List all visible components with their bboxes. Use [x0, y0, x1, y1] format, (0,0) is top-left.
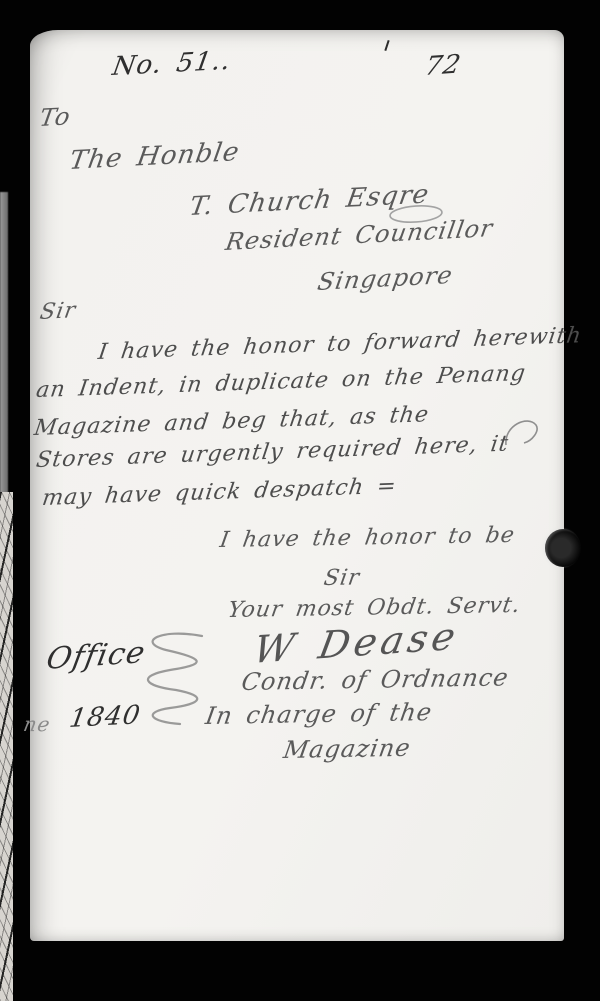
folio-number: 72: [423, 50, 464, 82]
closing-line-3: Your most Obdt. Servt.: [226, 593, 522, 623]
signature-title-1: Condr. of Ordnance: [240, 663, 511, 696]
closing-line-2: Sir: [322, 565, 362, 591]
adjacent-page-edge-top: [0, 192, 8, 502]
adjacent-page-edge-scribbles: [0, 492, 13, 1001]
closing-line-1: I have the honor to be: [218, 523, 517, 553]
signature-title-3: Magazine: [282, 734, 413, 764]
letter-number: No. 51..: [110, 46, 233, 82]
margin-date-partial: ne: [22, 712, 53, 736]
flourish-spiral: [130, 628, 210, 732]
salutation: Sir: [38, 298, 78, 325]
margin-date-year: 1840: [67, 700, 143, 734]
binding-hole: [545, 529, 581, 567]
to-label: To: [38, 102, 73, 132]
signature-title-2: In charge of the: [204, 698, 435, 730]
photographed-letter-scan: No. 51.. 72 To The Honble T. Church Esqr…: [0, 0, 600, 1001]
